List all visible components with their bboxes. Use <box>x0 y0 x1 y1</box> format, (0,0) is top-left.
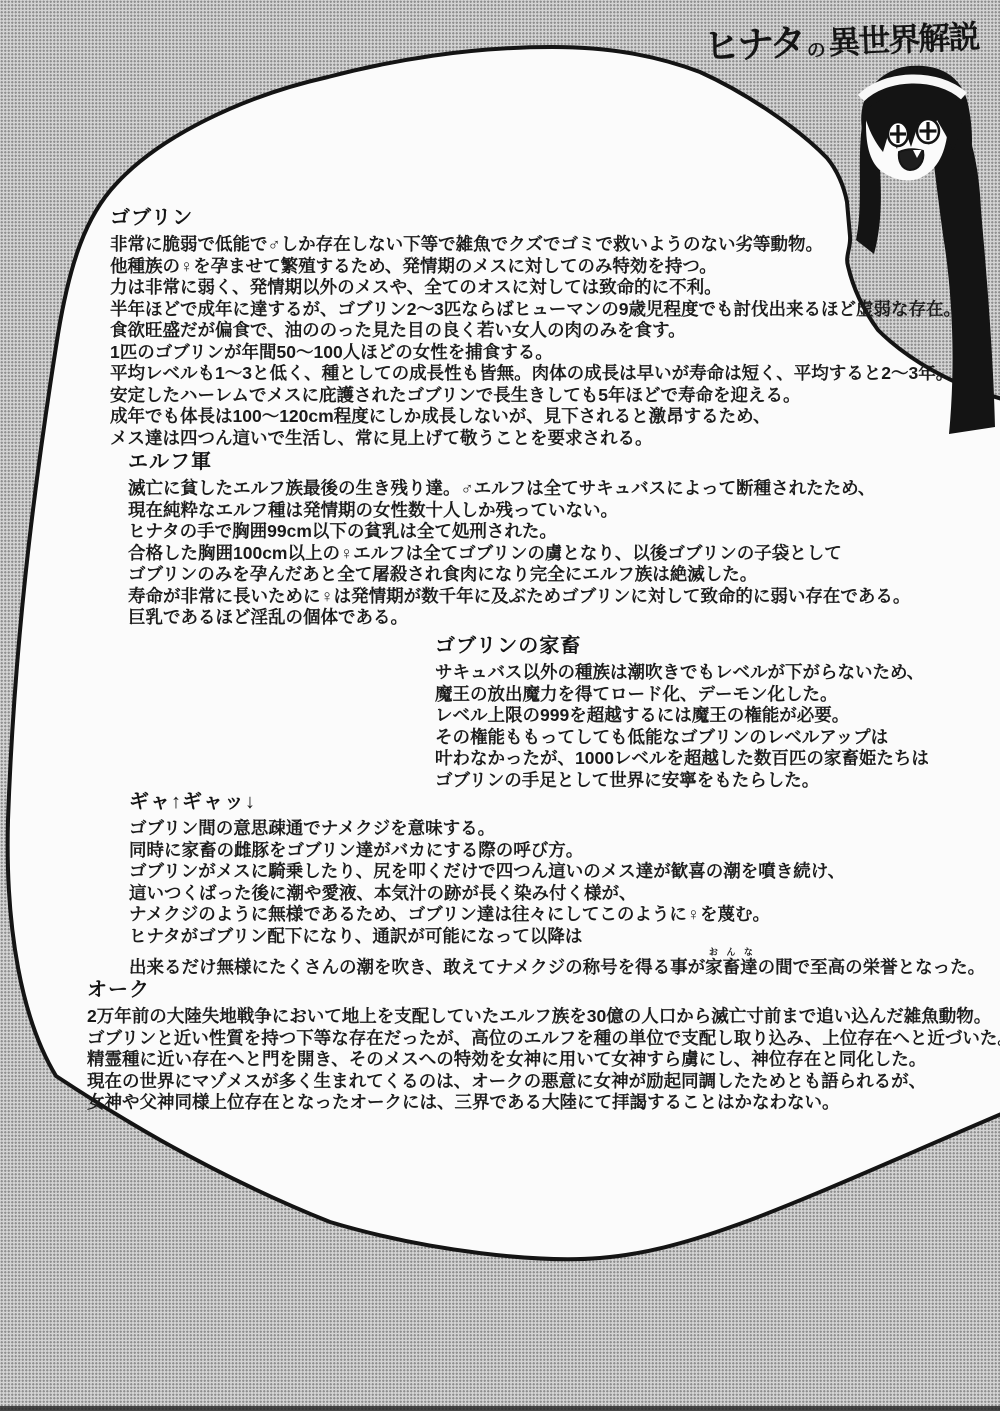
text-line: 合格した胸囲100cm以上の♀エルフは全てゴブリンの虜となり、以後ゴブリンの子袋… <box>128 543 910 565</box>
furigana-line-pre: 出来るだけ無様にたくさんの潮を吹き、敢えてナメクジの称号を得る事が <box>129 957 705 977</box>
text-line: ゴブリンのみを孕んだあと全て屠殺され食肉になり完全にエルフ族は絶滅した。 <box>128 564 910 586</box>
text-line: 成年でも体長は100～120cm程度にしか成長しないが、見下されると激昂するため… <box>110 406 961 428</box>
text-line: 2万年前の大陸失地戦争において地上を支配していたエルフ族を30億の人口から滅亡寸… <box>87 1006 1000 1028</box>
section-body-goblin: 非常に脆弱で低能で♂しか存在しない下等で雑魚でクズでゴミで救いようのない劣等動物… <box>110 234 961 449</box>
text-line: 安定したハーレムでメスに庇護されたゴブリンで長生きしても5年ほどで寿命を迎える。 <box>110 385 961 407</box>
text-line: メス達は四つん這いで生活し、常に見上げて敬うことを要求される。 <box>110 428 961 450</box>
furigana-reading: おんな <box>705 947 757 957</box>
text-line: 平均レベルも1～3と低く、種としての成長性も皆無。肉体の成長は早いが寿命は短く、… <box>110 363 961 385</box>
text-line: 女神や父神同様上位存在となったオークには、三界である大陸にて拝謁することはかなわ… <box>87 1092 1000 1114</box>
text-line: 現在純粋なエルフ種は発情期の女性数十人しか残っていない。 <box>128 500 910 522</box>
right-eye-icon <box>917 119 939 143</box>
section-goblin-livestock: ゴブリンの家畜 サキュバス以外の種族は潮吹きでもレベルが下がらないため、魔王の放… <box>435 634 929 791</box>
section-orc: オーク 2万年前の大陸失地戦争において地上を支配していたエルフ族を30億の人口か… <box>87 978 1000 1114</box>
text-line: 精霊種に近い存在へと門を開き、そのメスへの特効を女神に用いて女神すら虜にし、神位… <box>87 1049 1000 1071</box>
section-goblin: ゴブリン 非常に脆弱で低能で♂しか存在しない下等で雑魚でクズでゴミで救いようのな… <box>110 206 961 449</box>
text-line: サキュバス以外の種族は潮吹きでもレベルが下がらないため、 <box>435 662 929 684</box>
page-title-part2: 異世界解説 <box>827 11 979 63</box>
text-line: ゴブリンがメスに騎乗したり、尻を叩くだけで四つん這いのメス達が歓喜の潮を噴き続け… <box>129 861 985 883</box>
page-background: ヒナタ の 異世界解説 ゴブリン 非常に脆弱で低能で♂しか存在しない下等で雑魚で… <box>0 0 1000 1411</box>
page-title-part1: ヒナタ <box>702 12 804 70</box>
text-line: レベル上限の999を超越するには魔王の権能が必要。 <box>435 705 929 727</box>
scan-edge <box>0 1406 1000 1411</box>
text-line: 同時に家畜の雌豚をゴブリン達がバカにする際の呼び方。 <box>129 840 985 862</box>
text-line: 巨乳であるほど淫乱の個体である。 <box>128 607 910 629</box>
text-line: ゴブリンの手足として世界に安寧をもたらした。 <box>435 770 929 792</box>
section-body-elf-army: 滅亡に貧したエルフ族最後の生き残り達。♂エルフは全てサキュバスによって断種された… <box>128 478 910 629</box>
text-line: ゴブリンと近い性質を持つ下等な存在だったが、高位のエルフを種の単位で支配し取り込… <box>87 1028 1000 1050</box>
text-line: ヒナタがゴブリン配下になり、通訳が可能になって以降は <box>129 926 985 948</box>
section-body-goblin-livestock: サキュバス以外の種族は潮吹きでもレベルが下がらないため、魔王の放出魔力を得てロー… <box>435 662 929 791</box>
text-line: ナメクジのように無様であるため、ゴブリン達は往々にしてこのように♀を蔑む。 <box>129 904 985 926</box>
section-heading-orc: オーク <box>87 978 1000 1002</box>
page-title-particle: の <box>806 35 826 63</box>
text-line: 他種族の♀を孕ませて繁殖するため、発情期のメスに対してのみ特効を持つ。 <box>110 256 961 278</box>
left-eye-icon <box>888 122 908 146</box>
section-gya-gyatsu: ギャ↑ギャッ↓ ゴブリン間の意思疎通でナメクジを意味する。同時に家畜の雌豚をゴブ… <box>129 790 985 969</box>
text-line: 1匹のゴブリンが年間50～100人ほどの女性を捕食する。 <box>110 342 961 364</box>
text-line-with-furigana: 出来るだけ無様にたくさんの潮を吹き、敢えてナメクジの称号を得る事が家畜達おんなの… <box>129 947 985 969</box>
text-line: 力は非常に弱く、発情期以外のメスや、全てのオスに対しては致命的に不利。 <box>110 277 961 299</box>
section-heading-goblin-livestock: ゴブリンの家畜 <box>435 634 929 658</box>
text-line: 滅亡に貧したエルフ族最後の生き残り達。♂エルフは全てサキュバスによって断種された… <box>128 478 910 500</box>
text-line: 半年ほどで成年に達するが、ゴブリン2～3匹ならばヒューマンの9歳児程度でも討伐出… <box>110 299 961 321</box>
text-line: 非常に脆弱で低能で♂しか存在しない下等で雑魚でクズでゴミで救いようのない劣等動物… <box>110 234 961 256</box>
furigana-line-post: の間で至高の栄誉となった。 <box>758 957 986 977</box>
text-line: 魔王の放出魔力を得てロード化、デーモン化した。 <box>435 684 929 706</box>
text-line: 食欲旺盛だが偏食で、油ののった見た目の良く若い女人の肉のみを食す。 <box>110 320 961 342</box>
section-heading-gya-gyatsu: ギャ↑ギャッ↓ <box>129 790 985 814</box>
text-line: ヒナタの手で胸囲99cm以下の貧乳は全て処刑された。 <box>128 521 910 543</box>
section-heading-elf-army: エルフ軍 <box>128 450 910 474</box>
text-line: その権能ももってしても低能なゴブリンのレベルアップは <box>435 727 929 749</box>
text-line: 叶わなかったが、1000レベルを超越した数百匹の家畜姫たちは <box>435 748 929 770</box>
furigana-ruby: 家畜達おんな <box>705 957 758 977</box>
text-line: 現在の世界にマゾメスが多く生まれてくるのは、オークの悪意に女神が励起同調したため… <box>87 1071 1000 1093</box>
text-line: 寿命が非常に長いために♀は発情期が数千年に及ぶためゴブリンに対して致命的に弱い存… <box>128 586 910 608</box>
section-body-gya-gyatsu: ゴブリン間の意思疎通でナメクジを意味する。同時に家畜の雌豚をゴブリン達がバカにす… <box>129 818 985 947</box>
text-line: ゴブリン間の意思疎通でナメクジを意味する。 <box>129 818 985 840</box>
section-heading-goblin: ゴブリン <box>110 206 961 230</box>
furigana-base: 家畜達 <box>705 957 758 977</box>
text-line: 這いつくばった後に潮や愛液、本気汁の跡が長く染み付く様が、 <box>129 883 985 905</box>
section-body-orc: 2万年前の大陸失地戦争において地上を支配していたエルフ族を30億の人口から滅亡寸… <box>87 1006 1000 1114</box>
section-elf-army: エルフ軍 滅亡に貧したエルフ族最後の生き残り達。♂エルフは全てサキュバスによって… <box>128 450 910 629</box>
